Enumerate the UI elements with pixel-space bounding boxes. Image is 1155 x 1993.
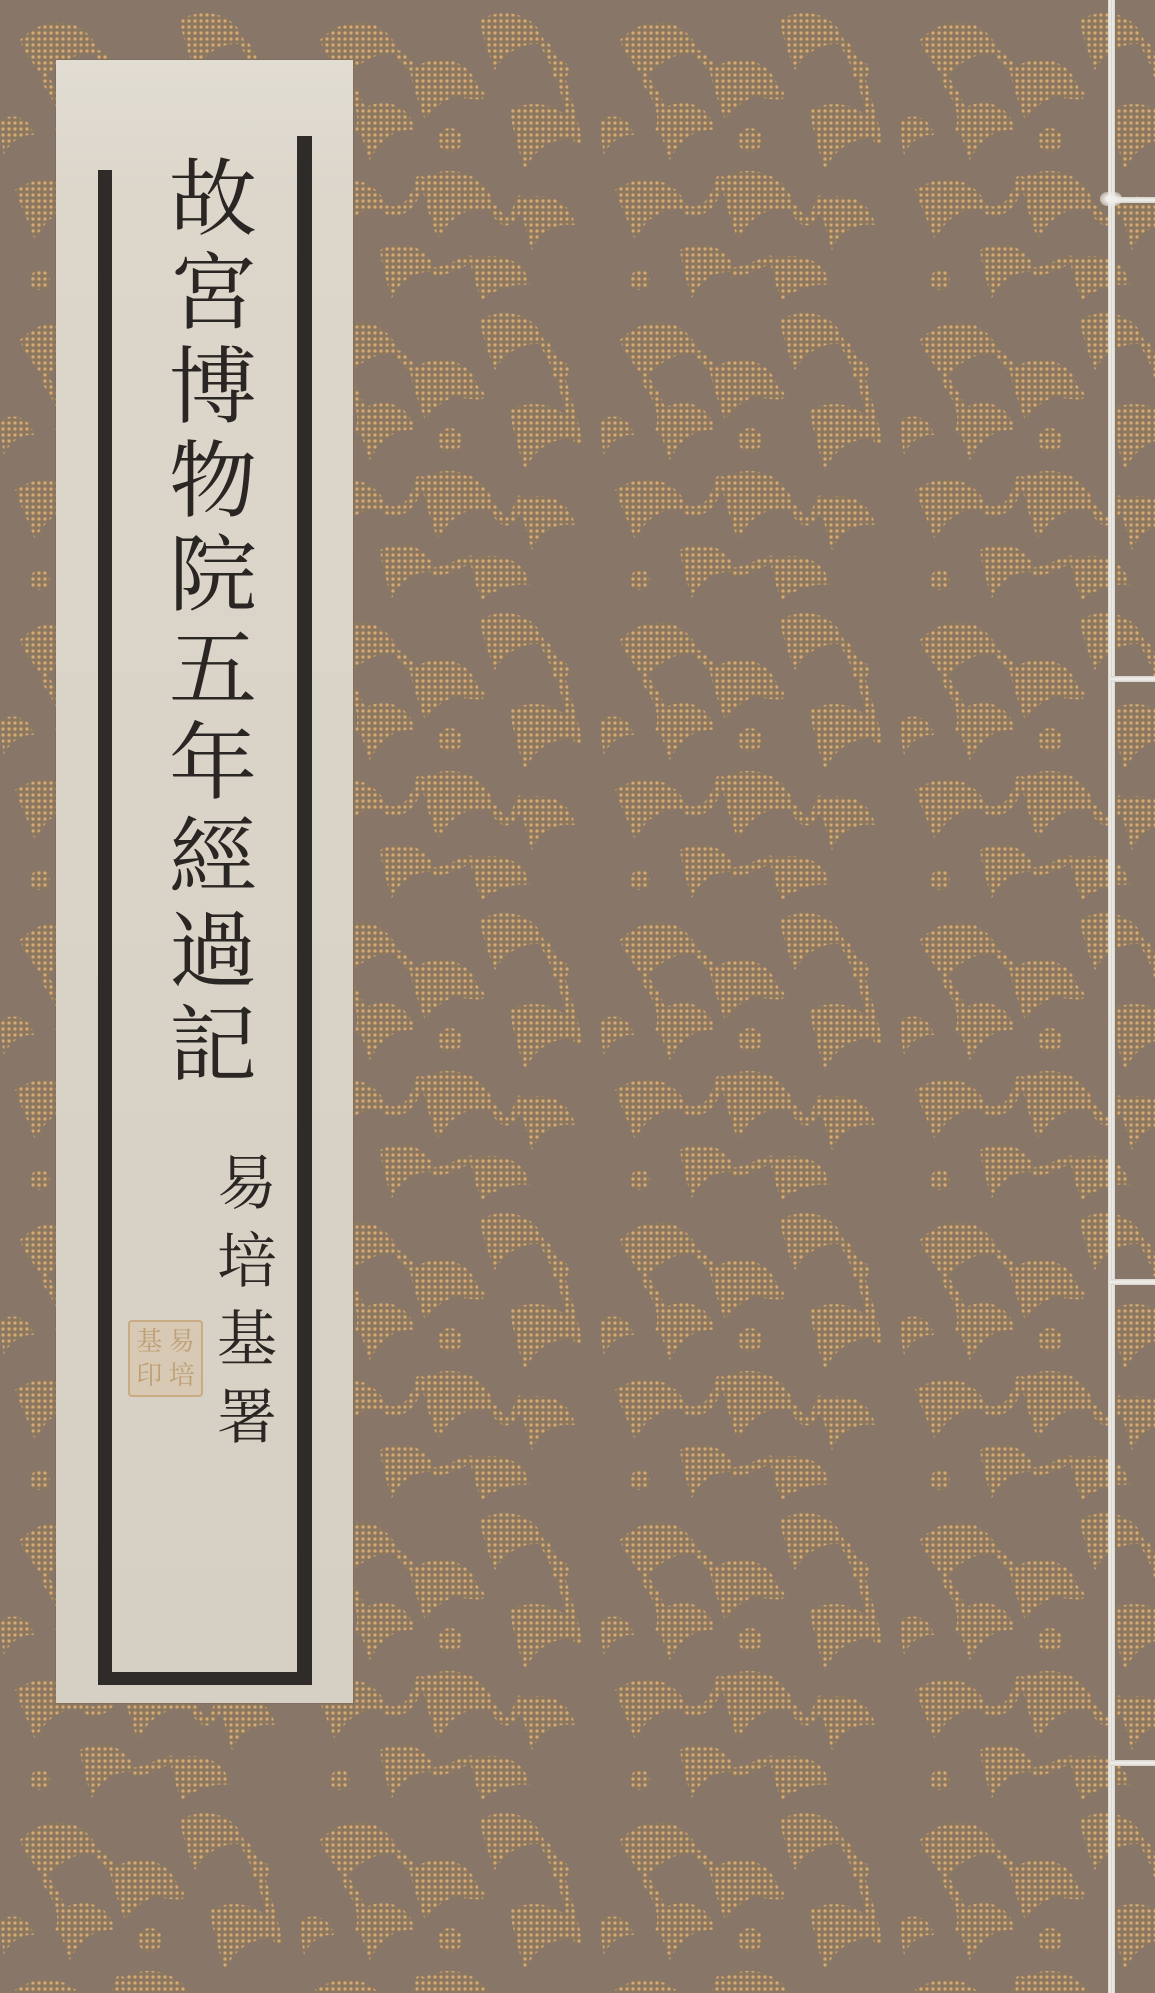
seal-char: 基 (133, 1325, 166, 1359)
binding-thread (1108, 0, 1115, 1993)
title-char: 宮 (150, 246, 276, 340)
book-title: 故 宮 博 物 院 五 年 經 過 記 (148, 152, 278, 1092)
title-char: 故 (150, 152, 276, 246)
binding-stitch (1110, 1760, 1155, 1766)
title-frame-bottom-rule (98, 1672, 312, 1685)
title-char: 院 (150, 528, 276, 622)
title-char: 博 (150, 340, 276, 434)
title-char: 物 (150, 434, 276, 528)
seal-char: 培 (166, 1359, 199, 1393)
signature-char: 署 (212, 1379, 282, 1457)
title-char: 過 (150, 904, 276, 998)
title-char: 經 (150, 810, 276, 904)
signature-char: 易 (212, 1145, 282, 1223)
binding-stitch (1110, 676, 1155, 682)
title-slip: 故 宮 博 物 院 五 年 經 過 記 易 培 基 署 基 易 印 培 (56, 60, 353, 1703)
author-signature: 易 培 基 署 (212, 1145, 282, 1457)
title-frame-right-rule (297, 136, 312, 1682)
seal-char: 易 (166, 1325, 199, 1359)
title-frame-left-rule (98, 170, 112, 1682)
binding-knot (1100, 192, 1122, 206)
book-cover: 故 宮 博 物 院 五 年 經 過 記 易 培 基 署 基 易 印 培 (0, 0, 1155, 1993)
title-char: 記 (150, 998, 276, 1092)
signature-char: 基 (212, 1301, 282, 1379)
signature-char: 培 (212, 1223, 282, 1301)
title-char: 年 (150, 716, 276, 810)
title-char: 五 (150, 622, 276, 716)
seal-char: 印 (133, 1359, 166, 1393)
seal-stamp: 基 易 印 培 (128, 1320, 203, 1397)
binding-stitch (1110, 1279, 1155, 1285)
